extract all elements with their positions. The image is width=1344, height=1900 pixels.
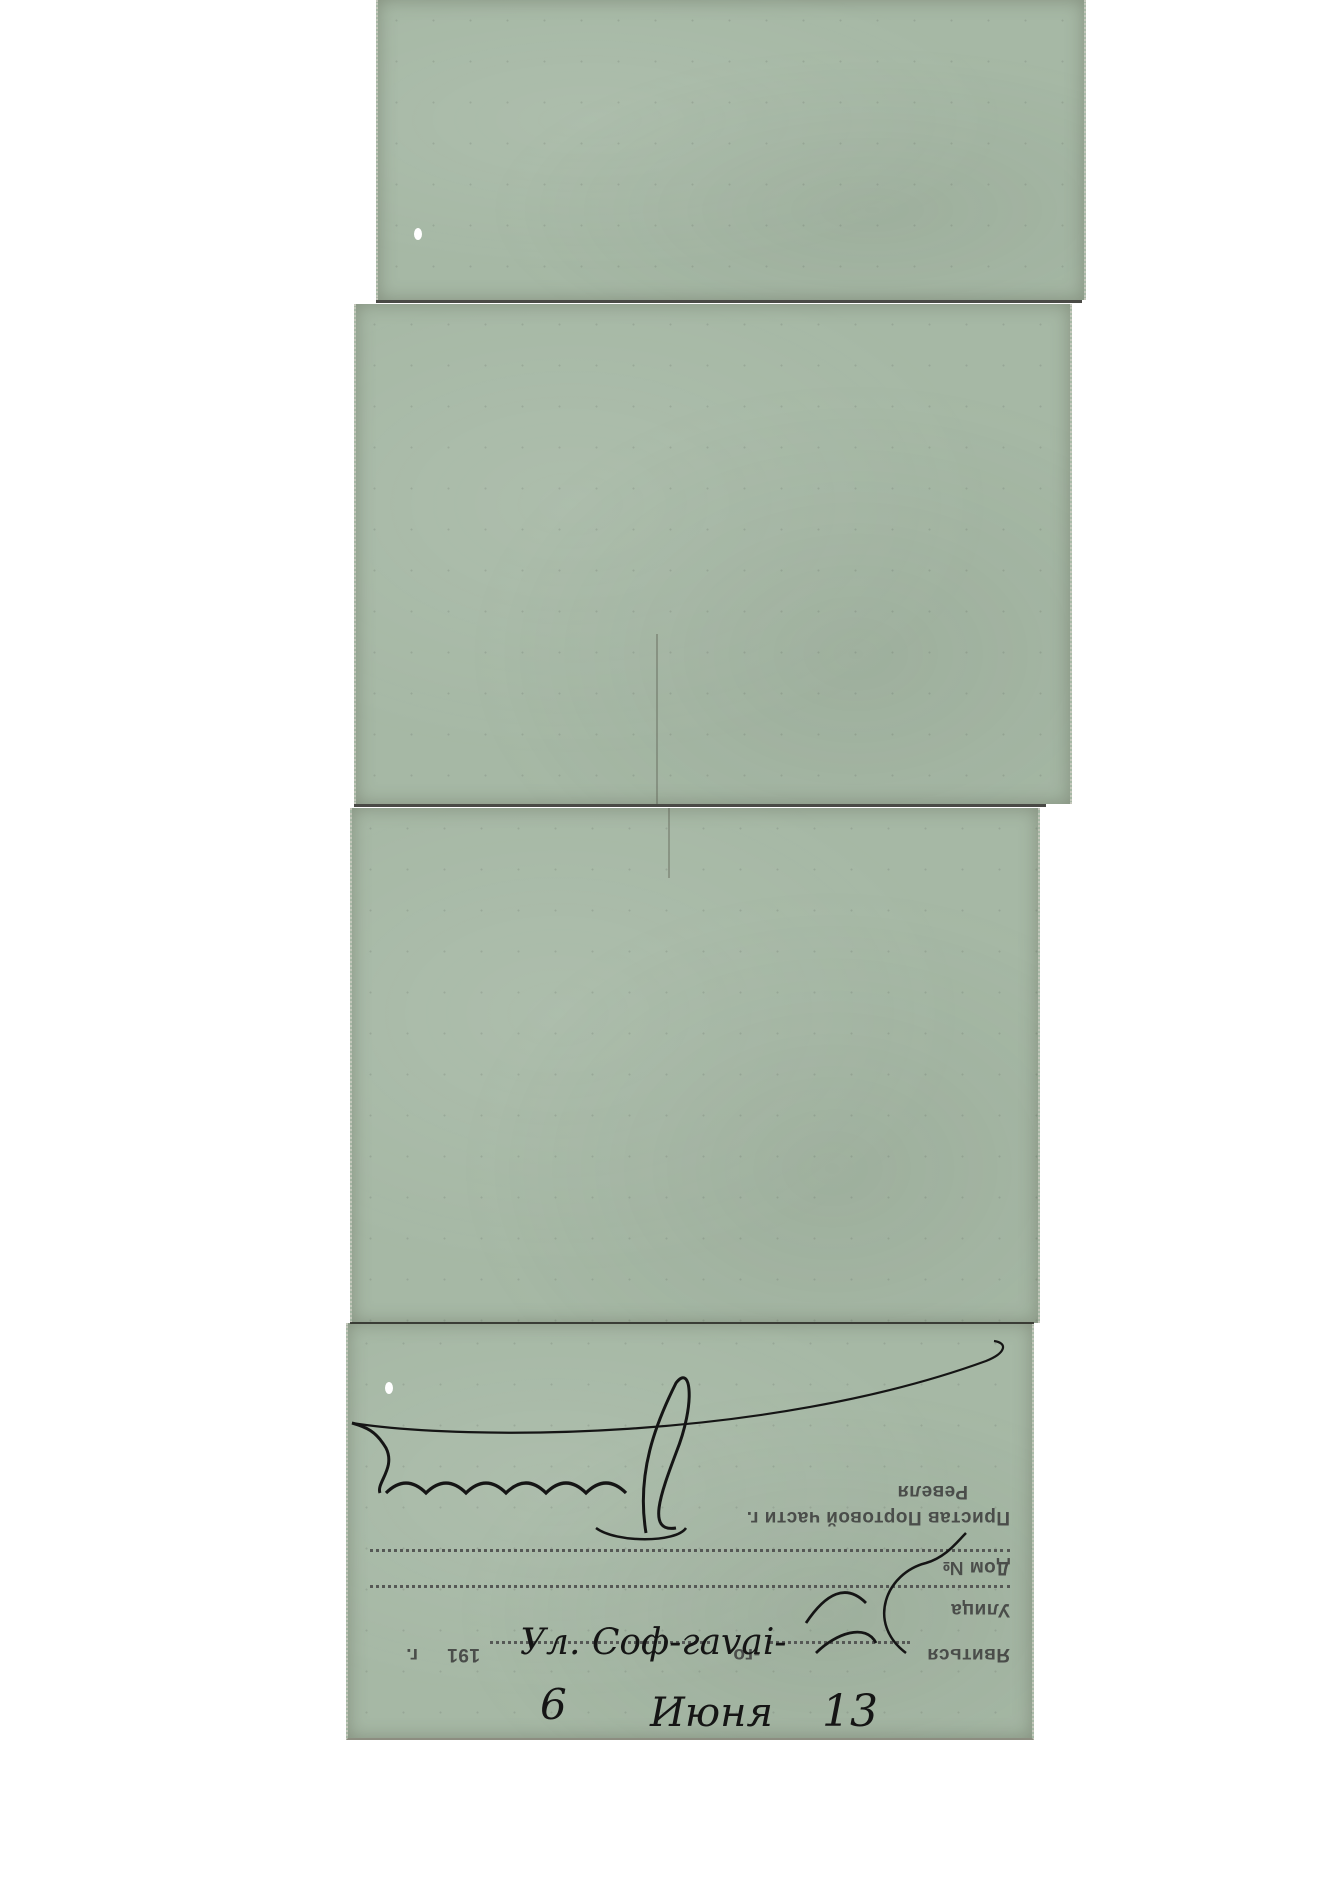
fold-line (376, 300, 1082, 303)
pin-hole (414, 228, 422, 240)
panel-1-blank (376, 0, 1086, 300)
crease (668, 808, 670, 878)
signature-flourish (346, 1323, 1030, 1738)
panel-3-blank (350, 808, 1040, 1323)
crease (656, 634, 658, 804)
fold-line (354, 804, 1046, 807)
panel-2-blank (354, 304, 1072, 804)
